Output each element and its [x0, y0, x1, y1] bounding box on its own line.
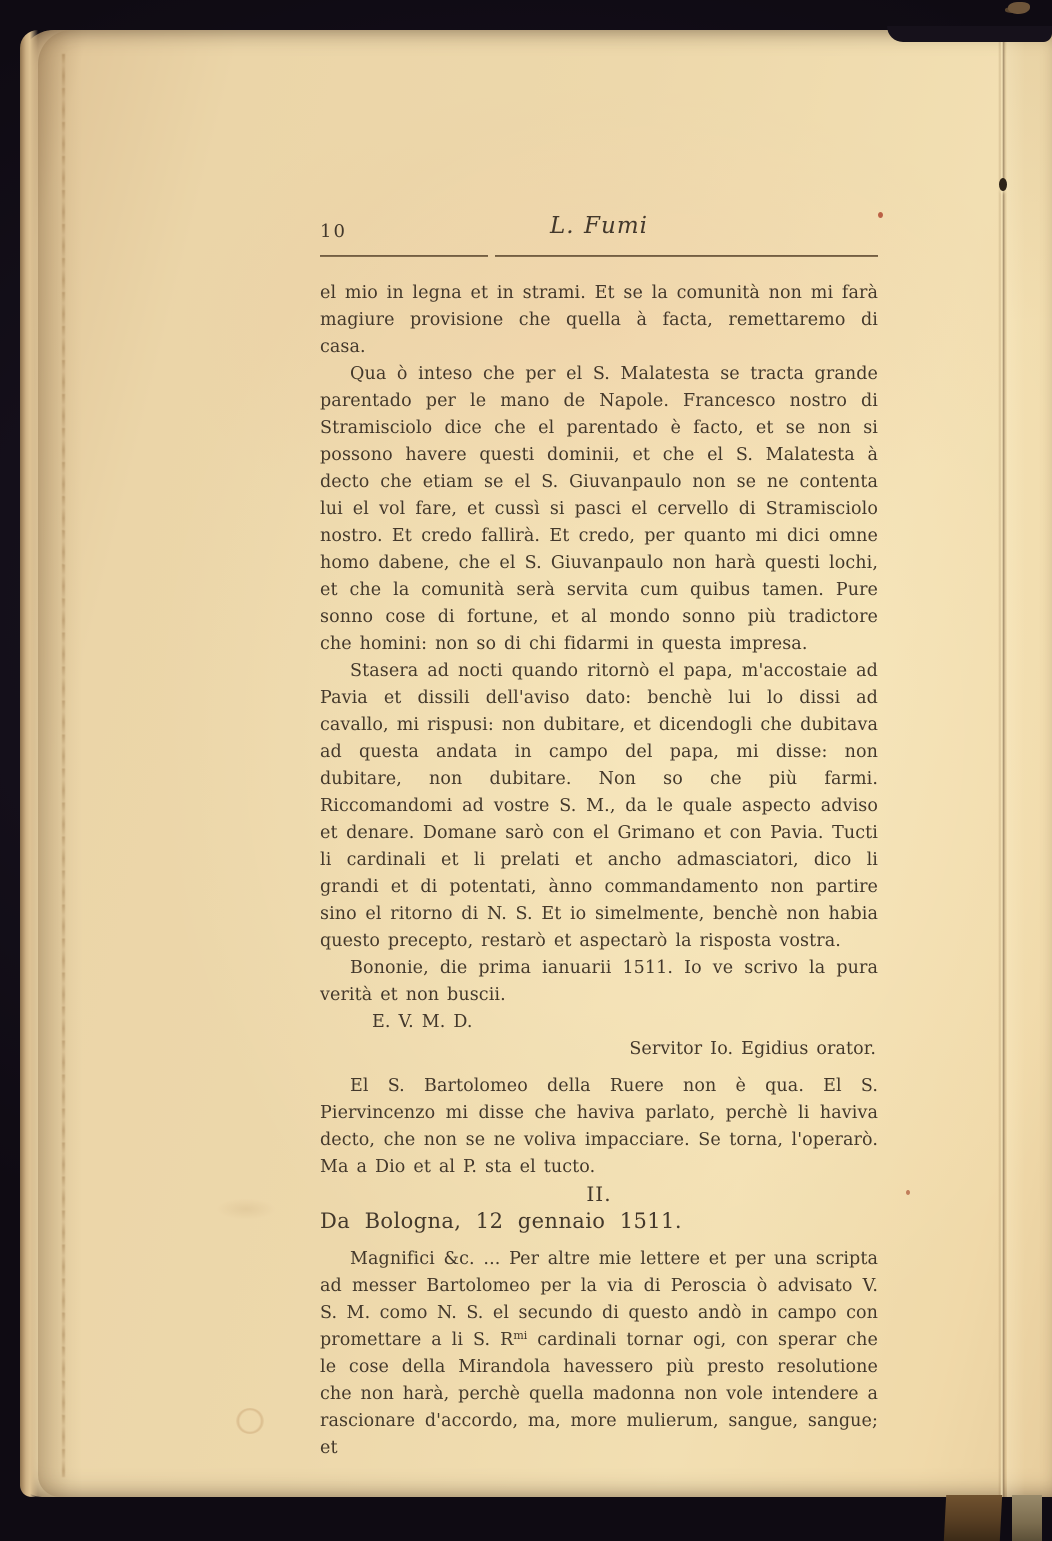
letter-heading: Da Bologna, 12 gennaio 1511.	[320, 1208, 878, 1235]
letter-signature: Servitor Io. Egidius orator.	[320, 1036, 878, 1063]
letter-postscript: El S. Bartolomeo della Ruere non è qua. …	[320, 1073, 878, 1181]
paper-speck	[878, 212, 883, 218]
gutter-crease-line	[998, 30, 1007, 1497]
letter-paragraph: Magnifici &c. ... Per altre mie lettere …	[320, 1246, 878, 1462]
letter-paragraph: Qua ò inteso che per el S. Malatesta se …	[320, 361, 878, 658]
top-edge-tear-shadow	[887, 26, 1052, 42]
binding-debris	[1008, 2, 1030, 14]
adjacent-leaf-edge	[1007, 30, 1052, 1497]
scanned-book-photo: 10 L. Fumi el mio in legna et in strami.…	[0, 0, 1052, 1541]
paper-speck	[906, 1190, 910, 1195]
typeset-text-block: 10 L. Fumi el mio in legna et in strami.…	[320, 213, 878, 1462]
binding-strip-brown	[944, 1495, 1002, 1541]
letter-closing: E. V. M. D.	[320, 1009, 878, 1036]
rule-segment-left	[320, 255, 488, 257]
section-numeral: II.	[320, 1181, 878, 1208]
running-header: 10 L. Fumi	[320, 213, 878, 247]
running-title: L. Fumi	[550, 213, 648, 239]
rule-segment-right	[495, 255, 878, 257]
paper-stain-smudge	[216, 1198, 276, 1220]
deckle-crease-line	[62, 54, 65, 1477]
paper-stain-ring	[236, 1408, 264, 1434]
page-number: 10	[320, 218, 347, 245]
page-stack-edge	[20, 30, 38, 1497]
header-rule	[320, 255, 878, 258]
book-page: 10 L. Fumi el mio in legna et in strami.…	[20, 30, 1052, 1497]
binding-strip-gray	[1012, 1495, 1042, 1541]
superscript-abbreviation: mi	[513, 1329, 527, 1342]
crease-wormhole	[999, 178, 1007, 191]
letter-paragraph: Bononie, die prima ianuarii 1511. Io ve …	[320, 955, 878, 1009]
letter-paragraph: Stasera ad nocti quando ritornò el papa,…	[320, 658, 878, 955]
left-edge-shading	[38, 30, 82, 1497]
letter-paragraph: el mio in legna et in strami. Et se la c…	[320, 280, 878, 361]
